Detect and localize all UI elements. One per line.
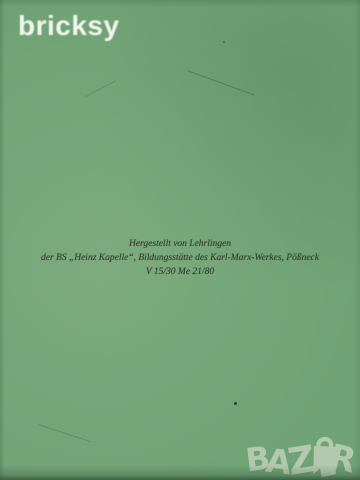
colophon-line-1: Hergestellt von Lehrlingen [0, 237, 360, 251]
bazar-watermark: B A Z R [246, 432, 355, 478]
paper-scratch [187, 70, 255, 96]
colophon-line-3: V 15/30 Me 21/80 [0, 265, 360, 279]
colophon-line-2: der BS „Heinz Kapelle“, Bildungsstätte d… [0, 251, 360, 265]
paper-scratch [86, 80, 116, 97]
seller-watermark: bricksy [18, 10, 120, 42]
paper-speck [223, 41, 225, 43]
paper-speck [234, 402, 237, 405]
colophon: Hergestellt von Lehrlingen der BS „Heinz… [0, 237, 360, 279]
paper-scratch [38, 424, 92, 442]
book-back-cover-photo: bricksy Hergestellt von Lehrlingen der B… [0, 0, 360, 480]
